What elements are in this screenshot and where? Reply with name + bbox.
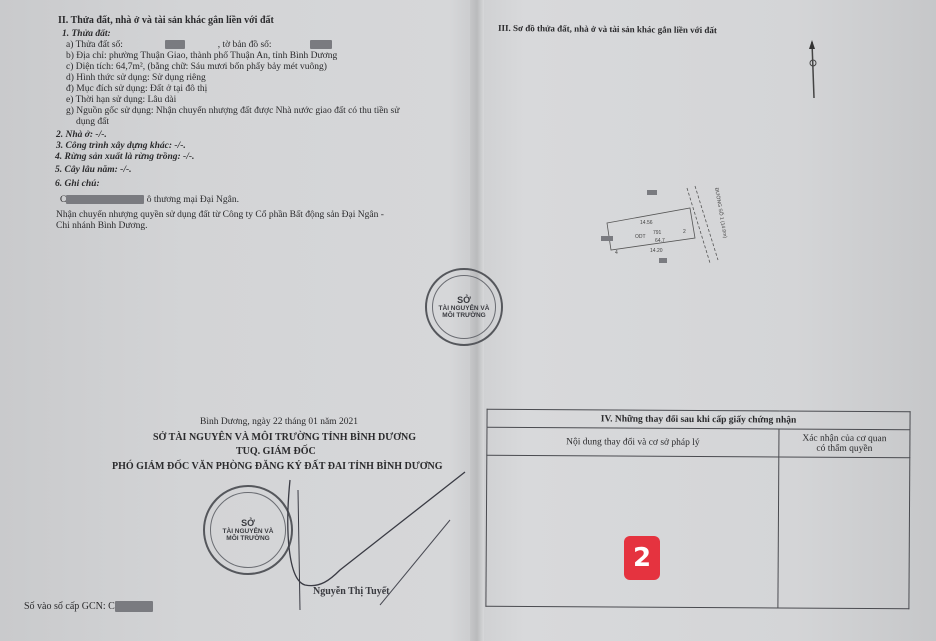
svg-text:14.20: 14.20: [650, 248, 663, 254]
stamp-line-3: MÔI TRƯỜNG: [226, 535, 269, 542]
usage-term-line: e) Thời hạn sử dụng: Lâu dài: [66, 95, 176, 106]
stamp-line-3: MÔI TRƯỜNG: [442, 312, 485, 319]
stamp-line-2: TÀI NGUYÊN VÀ: [223, 528, 274, 535]
notes-line-3: Chi nhánh Bình Dương.: [56, 221, 147, 232]
redacted-sheet-number: [310, 40, 332, 49]
notes-heading: 6. Ghi chú:: [55, 179, 100, 190]
origin-line: g) Nguồn gốc sử dụng: Nhận chuyển nhượng…: [66, 106, 399, 117]
svg-text:ĐƯỜNG SỐ 1 (14.0m): ĐƯỜNG SỐ 1 (14.0m): [713, 187, 729, 239]
svg-text:4: 4: [615, 250, 618, 256]
map-sheet-label: , tờ bản đồ số:: [218, 40, 272, 50]
usage-form-line: d) Hình thức sử dụng: Sử dụng riêng: [66, 73, 206, 84]
registry-label: Số vào sổ cấp GCN:: [24, 601, 106, 612]
other-construction-line: 3. Công trình xây dựng khác: -/-.: [56, 141, 186, 152]
redacted-plot-number: [165, 40, 185, 49]
forest-line: 4. Rừng sản xuất là rừng trồng: -/-.: [55, 152, 194, 163]
stamp-line-2: TÀI NGUYÊN VÀ: [439, 305, 490, 312]
section-iii-title: III. Sơ đồ thửa đất, nhà ở và tài sản kh…: [498, 23, 717, 36]
page-number-badge: 2: [624, 536, 660, 580]
origin-line-cont: dụng đất: [76, 117, 109, 128]
section-ii-title: II. Thửa đất, nhà ở và tài sản khác gắn …: [58, 15, 274, 26]
plot-number-line: a) Thửa đất số: , tờ bản đồ số:: [66, 40, 332, 51]
issuing-org: SỞ TÀI NGUYÊN VÀ MÔI TRƯỜNG TỈNH BÌNH DƯ…: [153, 432, 416, 443]
sketch-top-length: 14.56: [640, 220, 653, 226]
col2-line-2: có thẩm quyền: [780, 443, 908, 454]
changes-table: IV. Những thay đổi sau khi cấp giấy chứn…: [485, 409, 910, 610]
svg-text:ODT: ODT: [635, 234, 646, 240]
tuq-label: TUQ. GIÁM ĐỐC: [236, 446, 316, 457]
redacted-notes: [66, 195, 144, 204]
plot-number-label: a) Thửa đất số:: [66, 40, 123, 50]
notes-line-2: Nhận chuyển nhượng quyền sử dụng đất từ …: [56, 210, 384, 221]
house-line: 2. Nhà ở: -/-.: [56, 130, 107, 141]
registry-prefix: C: [108, 601, 115, 612]
col-authority-confirmation: Xác nhận của cơ quan có thẩm quyền: [779, 429, 910, 458]
official-stamp-top: SỞ TÀI NGUYÊN VÀ MÔI TRƯỜNG: [425, 268, 503, 346]
svg-text:64.7: 64.7: [655, 238, 665, 244]
land-plot-heading: 1. Thửa đất:: [62, 29, 111, 40]
svg-text:2: 2: [683, 229, 686, 235]
area-line: c) Diện tích: 64,7m², (bằng chữ: Sáu mươ…: [66, 62, 327, 73]
authority-confirmation-cell: [778, 457, 910, 609]
svg-text:791: 791: [653, 230, 662, 236]
date-line: Bình Dương, ngày 22 tháng 01 năm 2021: [200, 417, 358, 428]
north-arrow-icon: [790, 40, 830, 100]
redacted-registry-number: [115, 601, 153, 612]
perennial-line: 5. Cây lâu năm: -/-.: [55, 165, 132, 176]
address-line: b) Địa chỉ: phường Thuận Giao, thành phố…: [66, 51, 337, 62]
registry-number: Số vào sổ cấp GCN: C: [24, 601, 153, 612]
plot-sketch: 14.56 791 ODT 64.7 14.20 4 2 ĐƯỜNG SỐ 1 …: [595, 178, 745, 268]
signer-name: Nguyễn Thị Tuyết: [313, 586, 390, 597]
change-content-cell: [486, 455, 779, 608]
col-change-content: Nội dung thay đổi và cơ sở pháp lý: [487, 427, 779, 457]
stamp-line-1: SỞ: [241, 518, 255, 528]
stamp-line-1: SỞ: [457, 295, 471, 305]
usage-purpose-line: đ) Mục đích sử dụng: Đất ở tại đô thị: [66, 84, 207, 95]
notes-line-1: C ô thương mại Đại Ngân.: [60, 195, 239, 206]
notes-suffix: ô thương mại Đại Ngân.: [147, 195, 239, 205]
